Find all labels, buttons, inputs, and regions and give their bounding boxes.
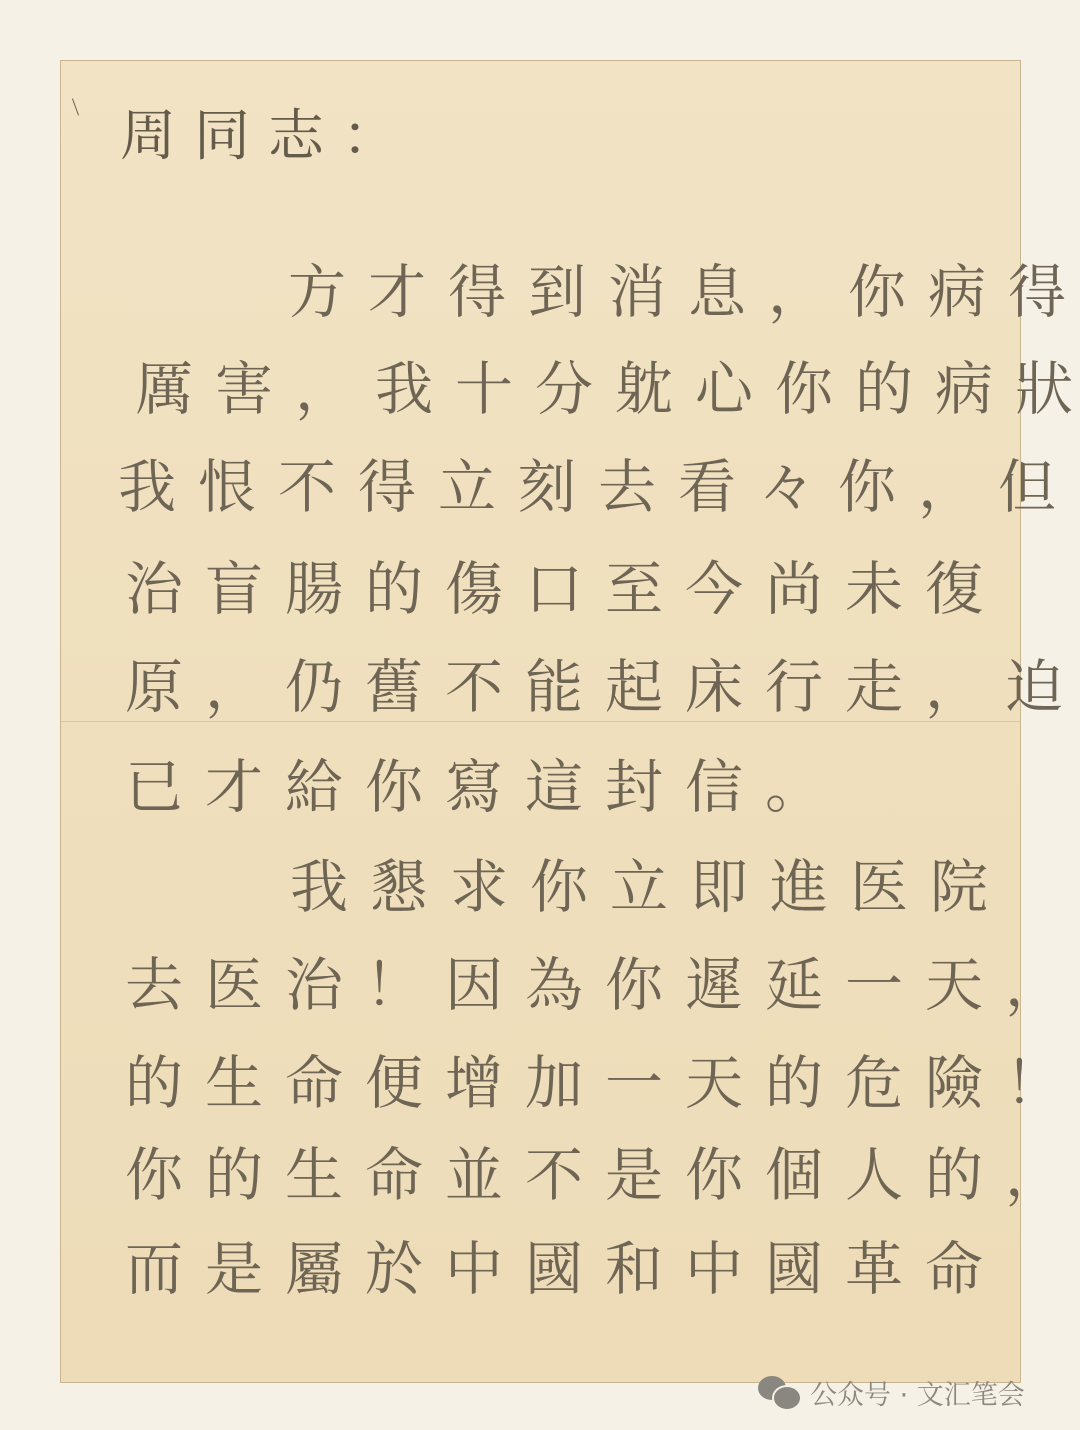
letter-line-5: 原，仍舊不能起床行走，迫不得 (125, 640, 1080, 724)
letter-line-3: 我恨不得立刻去看々你，但我剛 (118, 440, 1080, 524)
watermark-text: 公众号 · 文汇笔会 (810, 1373, 1025, 1412)
salutation: 周同志： (120, 92, 416, 172)
pen-mark (72, 98, 79, 115)
letter-line-8: 去医治！因為你遲延一天，你 (125, 938, 1080, 1022)
letter-line-1: 方才得到消息，你病得很 (288, 245, 1080, 329)
watermark: 公众号 · 文汇笔会 (758, 1373, 1025, 1412)
letter-line-2: 厲害，我十分躭心你的病狀！ (135, 342, 1080, 426)
letter-line-11: 而是屬於中國和中國革命 (125, 1222, 1005, 1306)
wechat-icon (758, 1376, 800, 1410)
letter-line-6: 已才給你寫這封信。 (125, 740, 845, 824)
letter-line-4: 治盲腸的傷口至今尚未復 (125, 542, 1005, 626)
letter-line-10: 你的生命並不是你個人的， (125, 1128, 1080, 1212)
letter-line-7: 我懇求你立即進医院 (290, 840, 1010, 924)
letter-line-9: 的生命便增加一天的危險！ (125, 1036, 1080, 1120)
